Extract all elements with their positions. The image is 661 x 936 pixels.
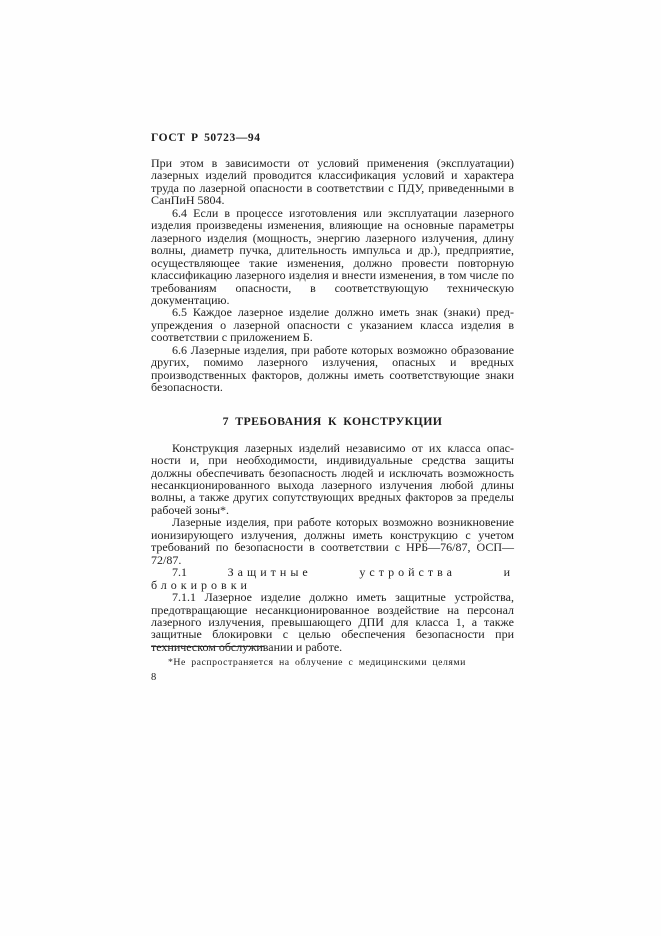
subsection-7-1-heading: 7.1 Защитные устройства и блокировки <box>151 566 514 591</box>
subsection-7-1-title: Защитные устройства и блокировки <box>151 565 514 591</box>
paragraph-intro: При этом в зависимости от условий примен… <box>151 157 514 207</box>
section-7-heading: 7 ТРЕБОВАНИЯ К КОНСТРУКЦИИ <box>151 415 514 427</box>
paragraph-7-construction: Конструкция лазерных изделий независимо … <box>151 442 514 517</box>
document-code-header: ГОСТ Р 50723—94 <box>151 132 514 144</box>
document-page: ГОСТ Р 50723—94 При этом в зависимости о… <box>0 0 661 936</box>
paragraph-7-1-1: 7.1.1 Лазерное изделие должно иметь защи… <box>151 591 514 653</box>
text-column: ГОСТ Р 50723—94 При этом в зависимости о… <box>151 132 514 653</box>
footnote-divider <box>151 646 264 647</box>
footnote-text: *Не распространяется на облучение с меди… <box>151 657 514 668</box>
paragraph-6-4: 6.4 Если в процессе изготовления или экс… <box>151 207 514 307</box>
paragraph-7-ionizing: Лазерные изделия, при работе которых воз… <box>151 516 514 566</box>
footnote-area: *Не распространяется на облучение с меди… <box>151 646 514 668</box>
paragraph-6-6: 6.6 Лазерные изделия, при работе которых… <box>151 344 514 394</box>
paragraph-6-5: 6.5 Каждое лазерное изделие должно иметь… <box>151 306 514 343</box>
page-number: 8 <box>151 672 156 683</box>
